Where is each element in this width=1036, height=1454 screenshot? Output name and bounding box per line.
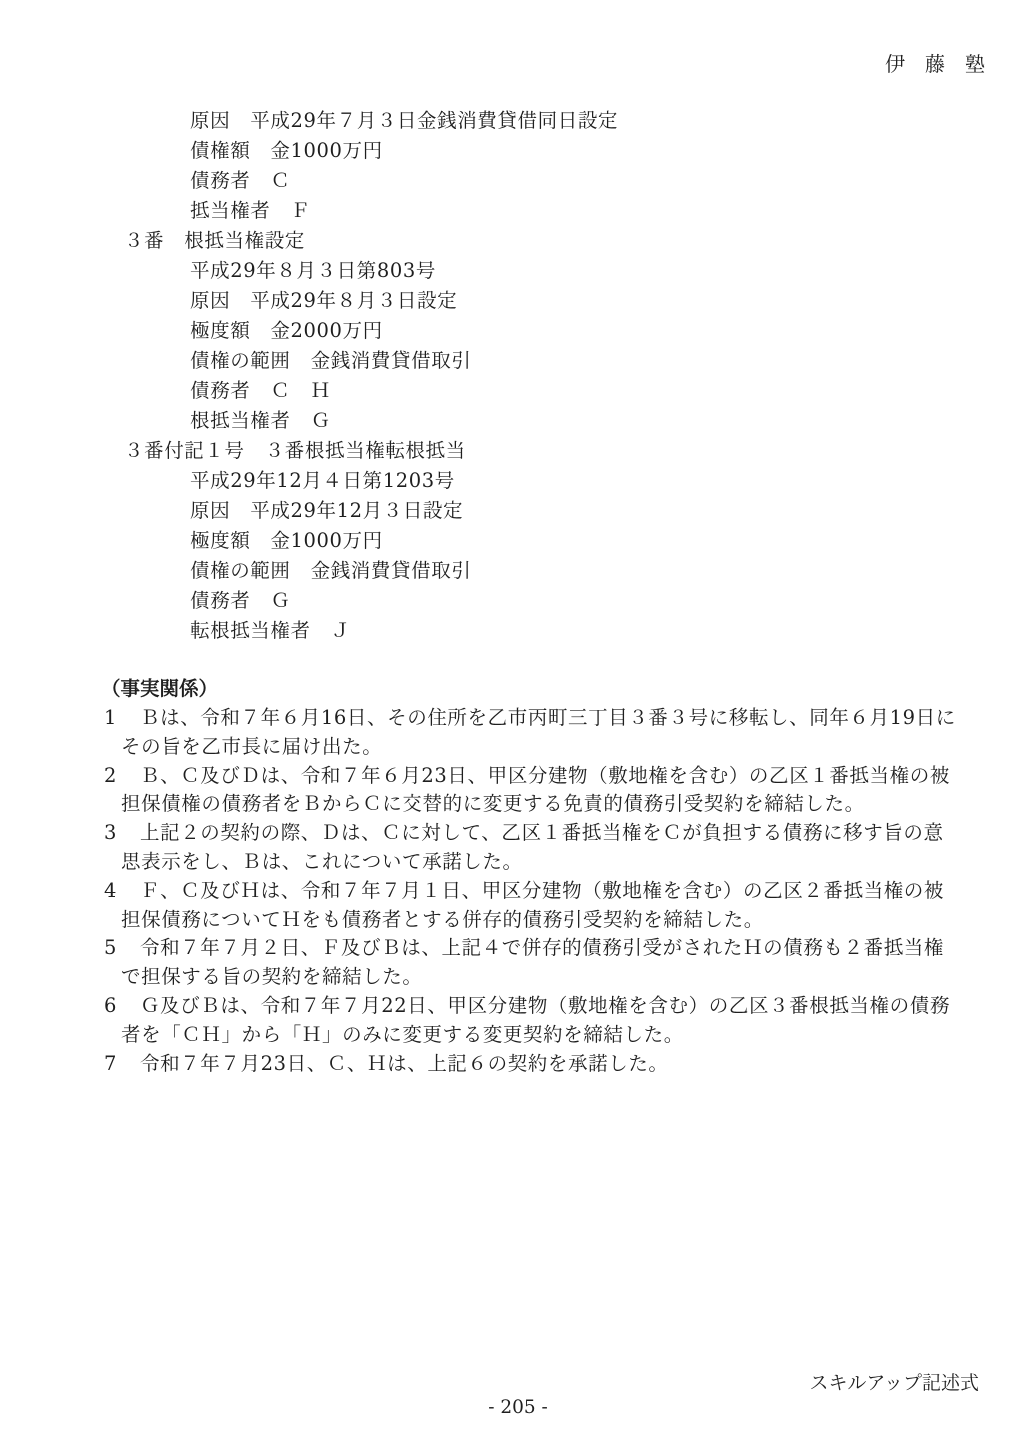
registry-line: 原因 平成29年７月３日金銭消費貸借同日設定: [0, 106, 1036, 136]
fact-text: 令和７年７月23日、Ｃ、Ｈは、上記６の契約を承諾した。: [140, 1052, 669, 1075]
registry-line: 債権額 金1000万円: [0, 136, 1036, 166]
fact-line-first: 3上記２の契約の際、Ｄは、Ｃに対して、乙区１番抵当権をＣが負担する債務に移す旨の…: [0, 819, 1036, 848]
registry-line: 平成29年８月３日第803号: [0, 256, 1036, 286]
registry-record-block: 原因 平成29年７月３日金銭消費貸借同日設定債権額 金1000万円債務者 Ｃ抵当…: [0, 106, 1036, 646]
document-page: 伊 藤 塾 原因 平成29年７月３日金銭消費貸借同日設定債権額 金1000万円債…: [0, 0, 1036, 1454]
fact-line-continuation: その旨を乙市長に届け出た。: [0, 733, 1036, 762]
fact-item: 7令和７年７月23日、Ｃ、Ｈは、上記６の契約を承諾した。: [0, 1050, 1036, 1079]
fact-line-first: 2Ｂ、Ｃ及びＤは、令和７年６月23日、甲区分建物（敷地権を含む）の乙区１番抵当権…: [0, 762, 1036, 791]
fact-number: 3: [104, 819, 140, 848]
registry-line: 原因 平成29年12月３日設定: [0, 496, 1036, 526]
registry-line: 極度額 金1000万円: [0, 526, 1036, 556]
fact-text: Ｂは、令和７年６月16日、その住所を乙市丙町三丁目３番３号に移転し、同年６月19…: [140, 706, 956, 729]
registry-line: 抵当権者 Ｆ: [0, 196, 1036, 226]
registry-line: 平成29年12月４日第1203号: [0, 466, 1036, 496]
fact-item: 1Ｂは、令和７年６月16日、その住所を乙市丙町三丁目３番３号に移転し、同年６月1…: [0, 704, 1036, 762]
registry-line: 原因 平成29年８月３日設定: [0, 286, 1036, 316]
fact-line-continuation: 者を「ＣＨ」から「Ｈ」のみに変更する変更契約を締結した。: [0, 1021, 1036, 1050]
registry-line: ３番付記１号 ３番根抵当権転根抵当: [0, 436, 1036, 466]
fact-item: 6Ｇ及びＢは、令和７年７月22日、甲区分建物（敷地権を含む）の乙区３番根抵当権の…: [0, 992, 1036, 1050]
fact-number: 4: [104, 877, 140, 906]
fact-line-first: 7令和７年７月23日、Ｃ、Ｈは、上記６の契約を承諾した。: [0, 1050, 1036, 1079]
registry-line: 債務者 Ｇ: [0, 586, 1036, 616]
fact-line-first: 6Ｇ及びＢは、令和７年７月22日、甲区分建物（敷地権を含む）の乙区３番根抵当権の…: [0, 992, 1036, 1021]
registry-line: 債務者 Ｃ: [0, 166, 1036, 196]
fact-text: Ｇ及びＢは、令和７年７月22日、甲区分建物（敷地権を含む）の乙区３番根抵当権の債…: [140, 994, 950, 1017]
fact-item: 2Ｂ、Ｃ及びＤは、令和７年６月23日、甲区分建物（敷地権を含む）の乙区１番抵当権…: [0, 762, 1036, 820]
fact-item: 3上記２の契約の際、Ｄは、Ｃに対して、乙区１番抵当権をＣが負担する債務に移す旨の…: [0, 819, 1036, 877]
series-title: スキルアップ記述式: [810, 1371, 979, 1395]
registry-line: 根抵当権者 Ｇ: [0, 406, 1036, 436]
registry-line: ３番 根抵当権設定: [0, 226, 1036, 256]
fact-number: 6: [104, 992, 140, 1021]
fact-line-continuation: 担保債権の債務者をＢからＣに交替的に変更する免責的債務引受契約を締結した。: [0, 790, 1036, 819]
fact-text: 上記２の契約の際、Ｄは、Ｃに対して、乙区１番抵当権をＣが負担する債務に移す旨の意: [140, 821, 944, 844]
fact-line-first: 4Ｆ、Ｃ及びＨは、令和７年７月１日、甲区分建物（敷地権を含む）の乙区２番抵当権の…: [0, 877, 1036, 906]
registry-line: 極度額 金2000万円: [0, 316, 1036, 346]
fact-line-continuation: 思表示をし、Ｂは、これについて承諾した。: [0, 848, 1036, 877]
fact-item: 4Ｆ、Ｃ及びＨは、令和７年７月１日、甲区分建物（敷地権を含む）の乙区２番抵当権の…: [0, 877, 1036, 935]
fact-number: 2: [104, 762, 140, 791]
fact-number: 7: [104, 1050, 140, 1079]
facts-heading: （事実関係）: [0, 674, 1036, 704]
fact-number: 1: [104, 704, 140, 733]
registry-line: 債務者 Ｃ Ｈ: [0, 376, 1036, 406]
fact-number: 5: [104, 934, 140, 963]
registry-line: 転根抵当権者 Ｊ: [0, 616, 1036, 646]
fact-line-continuation: 担保債務についてＨをも債務者とする併存的債務引受契約を締結した。: [0, 906, 1036, 935]
fact-line-first: 1Ｂは、令和７年６月16日、その住所を乙市丙町三丁目３番３号に移転し、同年６月1…: [0, 704, 1036, 733]
fact-text: 令和７年７月２日、Ｆ及びＢは、上記４で併存的債務引受がされたＨの債務も２番抵当権: [140, 936, 944, 959]
page-number: - 205 -: [0, 1396, 1036, 1420]
brand-name: 伊 藤 塾: [885, 52, 985, 76]
fact-item: 5令和７年７月２日、Ｆ及びＢは、上記４で併存的債務引受がされたＨの債務も２番抵当…: [0, 934, 1036, 992]
registry-line: 債権の範囲 金銭消費貸借取引: [0, 346, 1036, 376]
fact-text: Ｆ、Ｃ及びＨは、令和７年７月１日、甲区分建物（敷地権を含む）の乙区２番抵当権の被: [140, 879, 944, 902]
fact-line-first: 5令和７年７月２日、Ｆ及びＢは、上記４で併存的債務引受がされたＨの債務も２番抵当…: [0, 934, 1036, 963]
facts-list: 1Ｂは、令和７年６月16日、その住所を乙市丙町三丁目３番３号に移転し、同年６月1…: [0, 704, 1036, 1078]
fact-line-continuation: で担保する旨の契約を締結した。: [0, 963, 1036, 992]
fact-text: Ｂ、Ｃ及びＤは、令和７年６月23日、甲区分建物（敷地権を含む）の乙区１番抵当権の…: [140, 764, 950, 787]
registry-line: 債権の範囲 金銭消費貸借取引: [0, 556, 1036, 586]
facts-section: （事実関係） 1Ｂは、令和７年６月16日、その住所を乙市丙町三丁目３番３号に移転…: [0, 674, 1036, 1078]
